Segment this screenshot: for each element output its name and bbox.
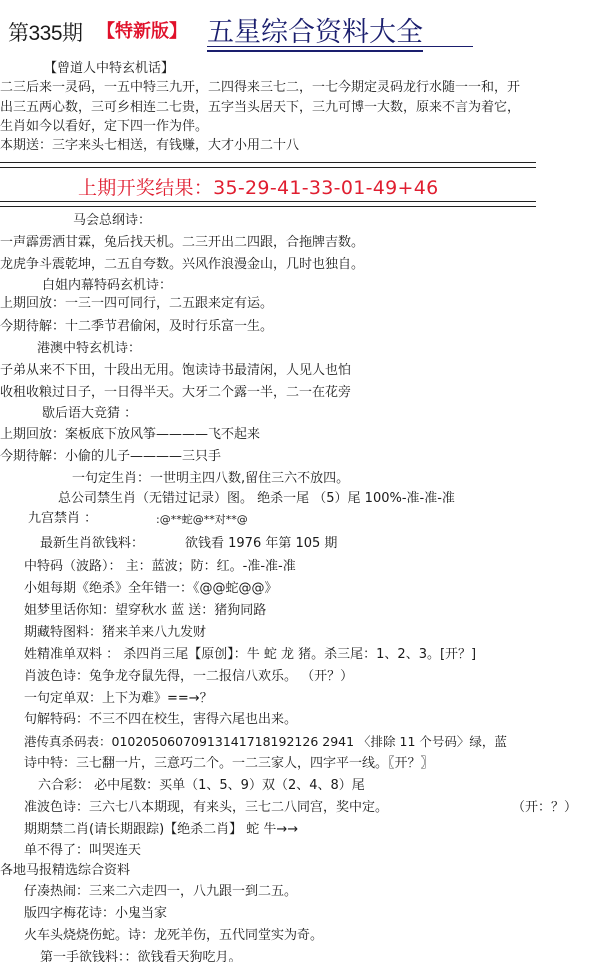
item-line: 肖波色诗：兔争龙夺鼠先得，一二报信八欢乐。 （开？） xyxy=(24,669,353,685)
last-result-label: 上期开奖结果： xyxy=(78,177,213,199)
section-title: 歇后语大竞猜 ： xyxy=(42,406,137,422)
item-line: 火车头烧烧伤蛇。诗：龙死羊伤，五代同堂实为奇。 xyxy=(24,928,323,944)
item-line: 准波色诗：三六七八本期现，有来头，三七二八同宫，奖中定。 xyxy=(24,800,388,816)
item-line: 期藏特图料：猪来羊来八九发财 xyxy=(24,625,206,641)
last-result: 上期开奖结果：35-29-41-33-01-49+46 xyxy=(78,173,439,200)
poem-line: 今期待解：十二季节君偷闲，及时行乐富一生。 xyxy=(0,319,273,335)
poem-line: 一声霹雳洒甘霖，兔后找天机。二三开出二四跟，合拖牌吉数。 xyxy=(0,235,364,251)
riddle-line: 今期待解：小偷的儿子————三只手 xyxy=(0,449,221,465)
separator xyxy=(0,201,536,207)
intro-line: 二三后来一灵码，一五中特三九开，二四得来三七二，一七今期定灵码龙行水随一一和，开 xyxy=(0,80,520,96)
item-line: 姐梦里话你知：望穿秋水 蓝 送：猪狗同路 xyxy=(24,603,266,619)
item-line: 句解特码：不三不四在校生，害得六尾也出来。 xyxy=(24,712,297,728)
poem-line: 收租收粮过日子，一日得半天。大牙二个露一半，二一在花旁 xyxy=(0,385,351,401)
item-line: 小姐每期《绝杀》全年错一：《@@蛇@@》 xyxy=(24,581,278,597)
poem-line: 上期回放：一三一四可同行，二五跟来定有运。 xyxy=(0,296,273,312)
riddle-line: 上期回放：案板底下放风筝————飞不起来 xyxy=(0,427,260,443)
item-line: 六合彩： 必中尾数：买单（1、5、9）双（2、4、8）尾 xyxy=(38,778,365,794)
poem-line: 子弟从来不下田，十段出无用。饱读诗书最清闲，人见人也怕 xyxy=(0,363,351,379)
intro-line: 出三五两心数，三可乡相连二七贵，五字当头居天下，三九可博一大数，原来不言为着它， xyxy=(0,100,520,116)
item-line: 姓精准单双料 ： 杀四肖三尾【原创】：牛 蛇 龙 猪。杀三尾：1、2、3。[开？… xyxy=(24,647,476,663)
item-line: 最新生肖欲钱料： xyxy=(40,536,144,552)
item-line: 仔凑热闹：三来二六走四一，八九跟一到二五。 xyxy=(24,884,297,900)
item-line: 港传真杀码表：01020506070913141718192126 2941 〈… xyxy=(24,734,507,750)
separator xyxy=(0,162,536,168)
item-line: 总公司禁生肖（无错过记录）图。 绝杀一尾 （5）尾 100%-准-准-准 xyxy=(58,491,455,507)
item-line: 单不得了：叫哭连天 xyxy=(24,843,141,859)
poem-line: 龙虎争斗震乾坤，二五自夸数。兴风作浪漫金山，几时也独自。 xyxy=(0,257,364,273)
item-line: :@**蛇@**对**@ xyxy=(156,512,248,528)
edition-badge: 【特新版】 xyxy=(97,17,187,43)
item-line: 各地马报精选综合资料 xyxy=(0,863,130,879)
intro-line: 本期送：三字来头七相送，有钱赚，大才小用二十八 xyxy=(0,138,299,154)
item-line: 期期禁二肖(请长期跟踪)【绝杀二肖】 蛇 牛→→ xyxy=(24,822,298,838)
intro-line: 生肖如今以看好，定下四一作为伴。 xyxy=(0,119,208,135)
section-title: 白姐内幕特码玄机诗： xyxy=(42,278,172,294)
item-line: 九宫禁肖 ： xyxy=(28,511,97,527)
page-header: 第335期 【特新版】 五星综合资料大全 xyxy=(0,0,616,55)
item-line: 一句定生肖：一世明主四八数,留住三六不放四。 xyxy=(72,471,349,487)
section-title: 港澳中特玄机诗： xyxy=(37,341,141,357)
item-line: 中特码（波路）： 主：蓝波；防：红。-准-准-准 xyxy=(24,559,296,575)
item-line: 一句定单双：上下为难》==→？ xyxy=(24,691,213,707)
intro-heading: 【曾道人中特玄机话】 xyxy=(44,61,174,77)
item-line: 欲钱看 1976 年第 105 期 xyxy=(185,536,337,552)
item-line: （开：？） xyxy=(512,800,577,816)
last-result-numbers: 35-29-41-33-01-49+46 xyxy=(213,177,438,199)
item-line: 版四字梅花诗：小鬼当家 xyxy=(24,906,167,922)
item-line: 第一手欲钱料：：欲钱看天狗吃月。 xyxy=(40,950,242,962)
title-underline xyxy=(207,46,473,47)
issue-number: 第335期 xyxy=(8,17,83,47)
item-line: 诗中特：三七翻一片，三意巧二个。一二三家人，四字平一线。〖开？〗 xyxy=(24,756,434,772)
section-title: 马会总纲诗： xyxy=(73,213,151,229)
